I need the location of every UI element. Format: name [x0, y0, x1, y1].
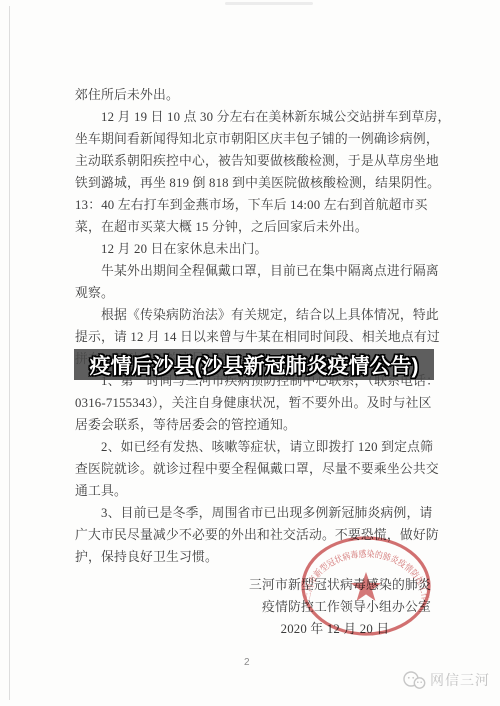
- scan-artifact: [225, 2, 313, 5]
- doc-line: 12 月 19 日 10 点 30 分左右在美林新东城公交站拼车到草房，: [75, 106, 431, 128]
- doc-line: 提示，请 12 月 14 日以来曾与牛某在相同时间段、相关地点有过: [75, 326, 431, 348]
- doc-line: 主动联系朝阳疾控中心，被告知要做核酸检测，于是从草房坐地: [75, 150, 431, 172]
- wechat-logo-icon: [402, 671, 426, 690]
- watermark-label: 网信三河: [430, 670, 490, 690]
- watermark: 网信三河: [402, 670, 490, 690]
- doc-line: 通工具。: [75, 480, 431, 502]
- doc-line: 3、目前已是冬季，周围省市已出现多例新冠肺炎病例，请: [75, 502, 431, 524]
- seal-star-icon: [351, 572, 381, 601]
- doc-line: 查医院就诊。就诊过程中要全程佩戴口罩，尽量不要乘坐公共交: [75, 458, 431, 480]
- doc-line: 牛某外出期间全程佩戴口罩，目前已在集中隔离点进行隔离: [75, 260, 431, 282]
- page-number: 2: [244, 657, 250, 668]
- doc-line: 观察。: [75, 282, 431, 304]
- official-red-seal: 三河市新型冠状病毒感染的肺炎疫情防控工作领导小组办公室: [298, 534, 434, 638]
- overlay-title-text: 疫情后沙县(沙县新冠肺炎疫情公告): [90, 350, 419, 380]
- doc-line: 郊住所后未外出。: [75, 84, 431, 106]
- doc-line: 菜，在超市买菜大概 15 分钟，之后回家后未外出。: [75, 216, 431, 238]
- doc-line: 根据《传染病防治法》有关规定，结合以上具体情况，特此: [75, 304, 431, 326]
- doc-line: 居委会联系，等待居委会的管控通知。: [75, 414, 431, 436]
- doc-line: 0316-7155343），关注自身健康状况，暂不要外出。及时与社区: [75, 392, 431, 414]
- doc-line: 铁到潞城，再坐 819 倒 818 到中美医院做核酸检测，结果阴性。: [75, 172, 431, 194]
- scan-edge-line: [9, 6, 10, 700]
- doc-line: 坐车期间看新闻得知北京市朝阳区庆丰包子铺的一例确诊病例，: [75, 128, 431, 150]
- doc-line: 13：40 左右打车到金燕市场，下车后 14:00 左右到首航超市买: [75, 194, 431, 216]
- doc-line: 2、如已经有发热、咳嗽等症状，请立即拨打 120 到定点筛: [75, 436, 431, 458]
- doc-line: 12 月 20 日在家休息未出门。: [75, 238, 431, 260]
- overlay-title-banner: 疫情后沙县(沙县新冠肺炎疫情公告): [74, 349, 434, 380]
